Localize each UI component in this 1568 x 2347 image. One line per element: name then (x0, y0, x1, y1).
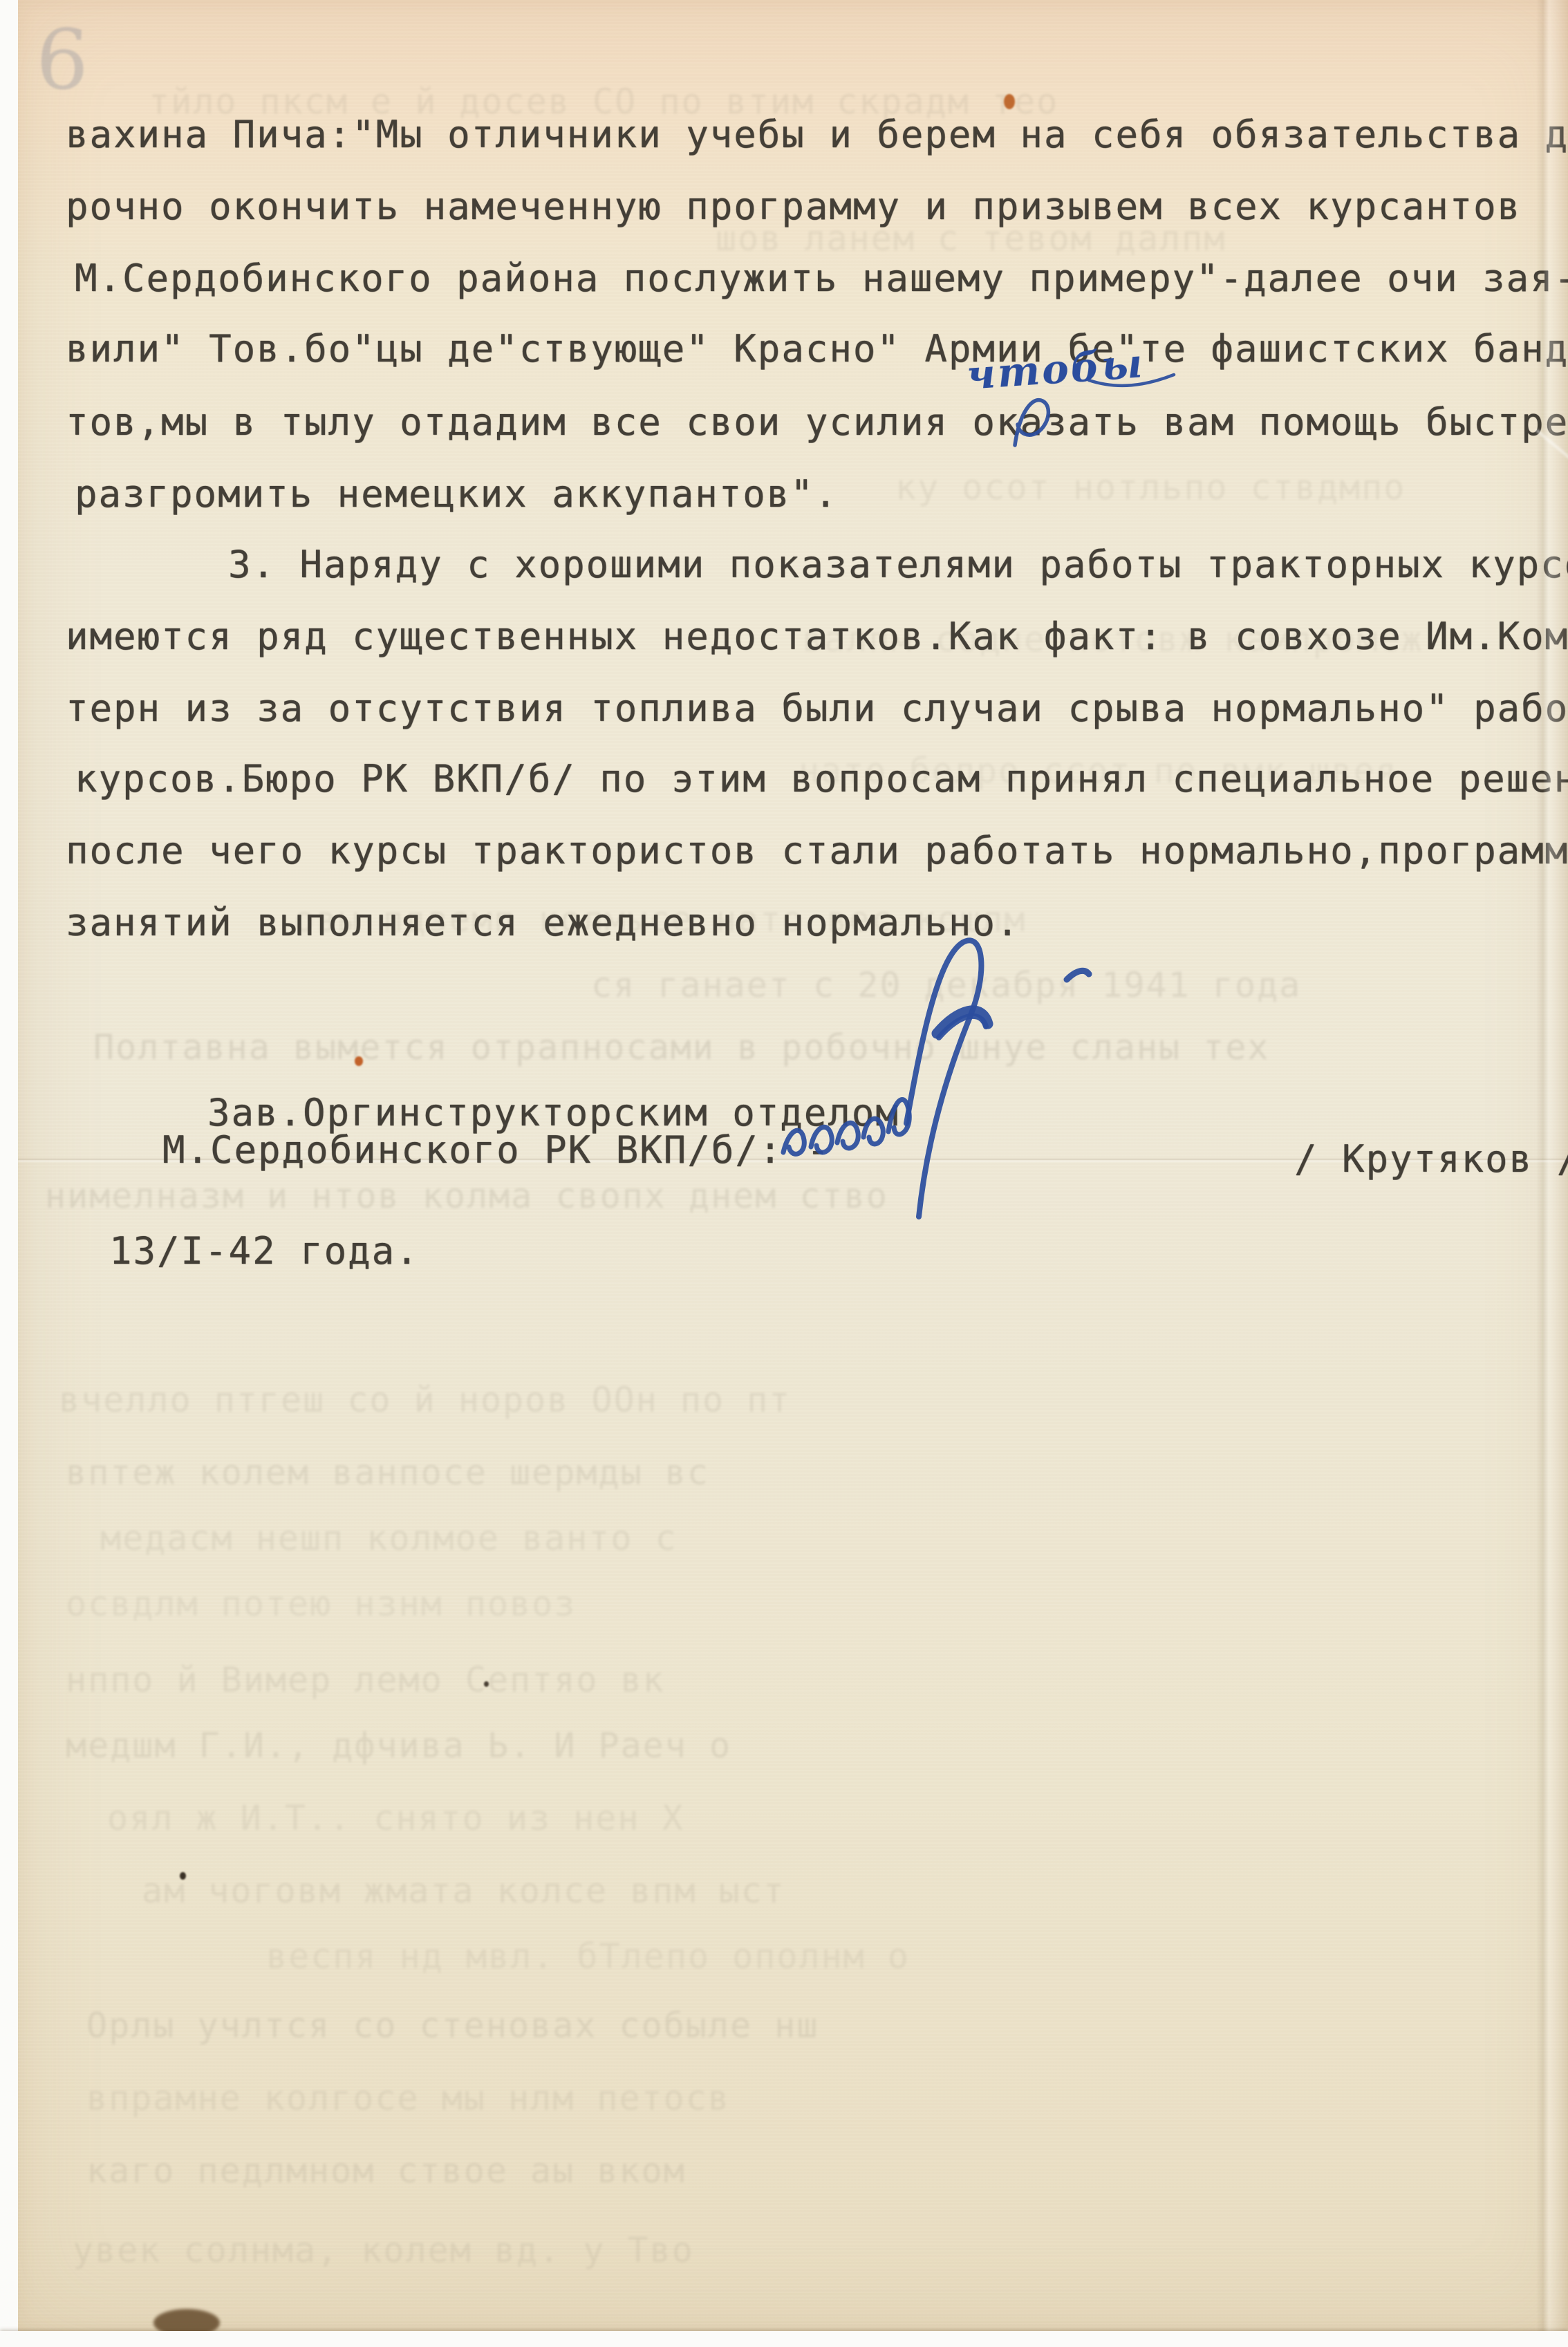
typed-name: / Крутяков / (1294, 1141, 1568, 1178)
paper-speck (1004, 94, 1015, 109)
date-line: 13/I-42 года. (109, 1233, 420, 1270)
paper-speck (484, 1681, 489, 1687)
scan-margin-left (0, 0, 18, 2347)
insert-word-tail-stroke (1087, 369, 1177, 393)
paper-speck (180, 1872, 186, 1880)
signoff-org-line: М.Сердобинского РК ВКП/б/: - (162, 1132, 830, 1169)
margin-pencil-mark: 6 (35, 19, 91, 104)
paper-speck (355, 1056, 363, 1066)
annotation-layer: 6 чтобы Зав.Оргинструкторским отделом М.… (0, 0, 1568, 2347)
scan-margin-bottom (0, 2331, 1568, 2347)
caret-icon (1001, 379, 1070, 455)
signature-krutyakov (771, 909, 1130, 1227)
document-scan: тйло пксм е й досев СО по втим скрадм те… (0, 0, 1568, 2347)
